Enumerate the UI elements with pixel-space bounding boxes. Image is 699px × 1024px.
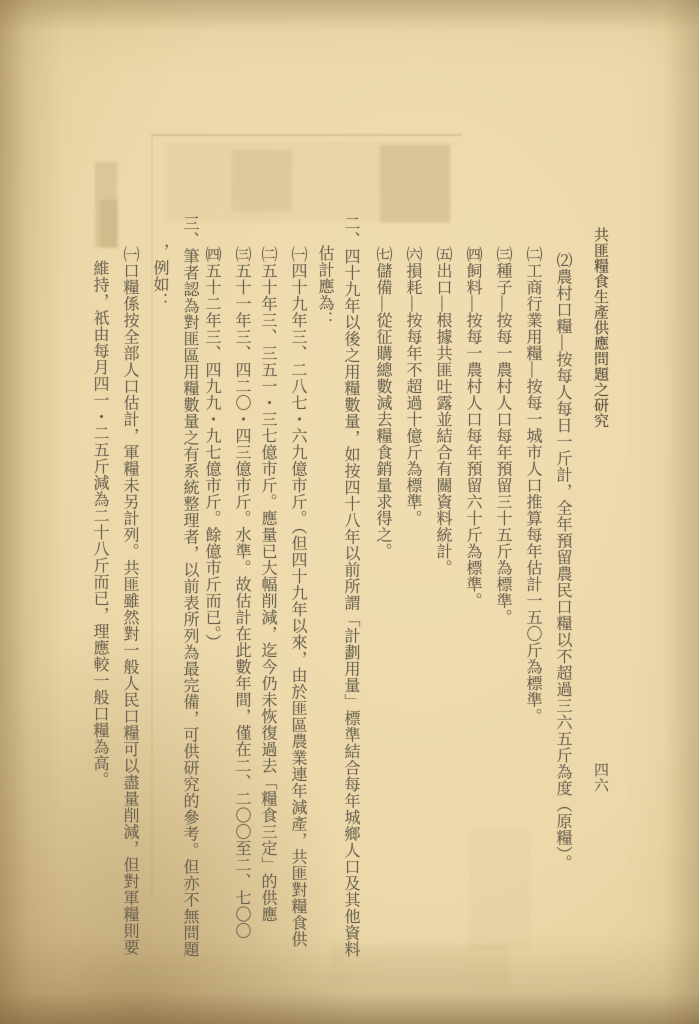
item-rural-ration: ⑵農村口糧—按每人每日一斤計，全年預留農民口糧以不超過三六五斤為度（原糧）。 [554,252,570,871]
item-industry-commerce-grain: ㈡工商行業用糧—按每一城市人口推算每年估計一五〇斤為標準。 [524,246,540,725]
section3-heading: 三、筆者認為對匪區用糧數量之有系統整理者，以前表所列為最完備，可供研究的參考。但… [181,215,197,958]
page-number: 四六 [592,762,607,793]
item-export: ㈤出口—根據共匪吐露並結合有關資料統計。 [434,246,450,576]
scanned-document-page: 共匪糧食生產供應問題之研究 四六 ⑵農村口糧—按每人每日一斤計，全年預留農民口糧… [0,0,699,1024]
item-military-ration-note: ㈠口糧係按全部人口估計，軍糧未另計列。共匪雖然對一般人民口糧可以盡量削減，但對軍… [121,246,137,956]
bleed-through-artifact [95,162,117,247]
bleed-through-artifact [152,134,462,136]
item-feed: ㈣飼料—按每一農村人口每年預留六十斤為標準。 [464,246,480,609]
bleed-through-artifact [100,200,118,248]
document-title: 共匪糧食生產供應問題之研究 [592,227,607,429]
item-wastage: ㈥損耗—按每年不超過十億斤為標準。 [404,246,420,527]
bleed-through-artifact [165,142,450,222]
item-year-52-estimate: ㈣五十二年三、四九九・九七億市斤。餘億市斤而已。） [203,246,219,651]
item-reserve: ㈦儲備—從征購總數減去糧食銷量求得之。 [374,246,390,560]
bleed-through-artifact [232,150,292,212]
item-seed: ㈢種子—按每一農村人口每年預留三十五斤為標準。 [494,246,510,626]
item-year-51-estimate: ㈢五十一年三、四二〇・四三億市斤。水準。故估計在此數年間，僅在二、二〇〇至二、七… [233,246,249,939]
section2-heading: 二、四十九年以後之用糧數量，如按四十八年以前所謂「計劃用量」標準結合每年城鄉人口… [342,215,358,958]
item-year-50-estimate: ㈡五十年三、三五一・三七億市斤。應量已大幅削減，迄今仍未恢復過去「糧食三定」的供… [259,246,275,923]
item-year-49-estimate: ㈠四十九年三、二八七・六九億市斤。（但四十九年以來，由於匪區農業連年減產，共匪對… [289,246,305,948]
section2-lead-in: 估計應為： [316,245,332,328]
section3-lead-in: ，例如： [151,243,167,309]
bleed-through-artifact [380,145,450,223]
bleed-through-artifact [470,830,530,950]
item-military-ration-note-continued: 維持，祇由每月四一・二五斤減為二十八斤而已，理應較一般口糧為高。 [91,260,107,788]
